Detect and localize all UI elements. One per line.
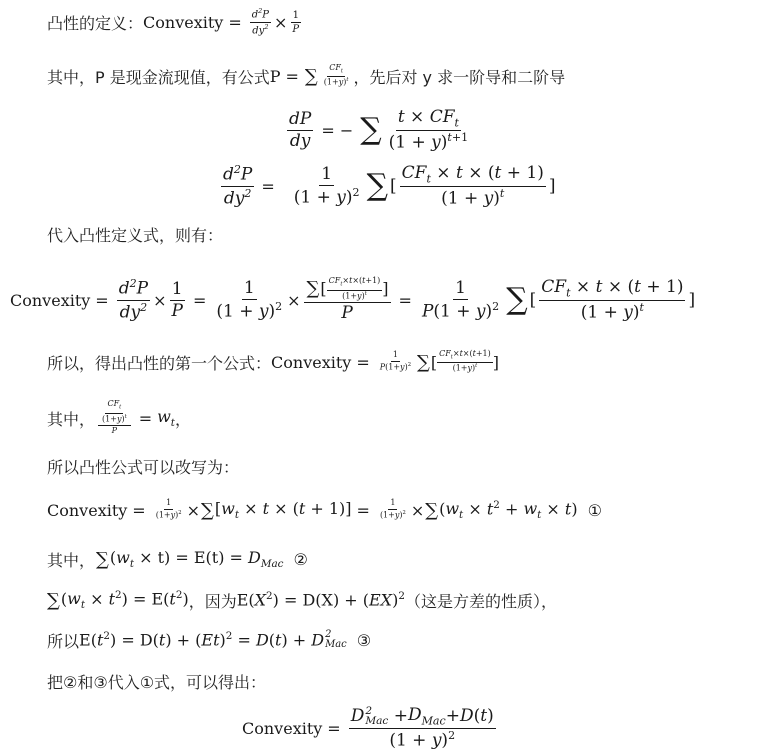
d2p-dy2-fraction: d2Pdy2	[221, 164, 254, 208]
variance-expression: E(X2) = D(X) + (EX)2	[237, 590, 405, 609]
second-moment-result: E(t2) = D(t) + (Et)2 = D(t) + D	[79, 630, 324, 649]
right-bracket: ]	[549, 176, 556, 196]
second-derivative-fraction: d2Pdy2	[250, 8, 271, 36]
macaulay-expression: (wt × t) = E(t) = DMac	[110, 548, 284, 570]
sum-symbol: ∑	[47, 590, 60, 611]
final-substitute-text: 把②和③代入①式，可以得出：	[47, 670, 266, 693]
first-convexity-formula-line: 所以，得出凸性的第一个公式： Convexity = 1P(1+y)2 ∑[CF…	[47, 344, 499, 380]
equals-sign: =	[228, 13, 241, 32]
convexity-word: Convexity	[10, 291, 90, 310]
one-over-1y2-fraction: 1(1 + y)2	[214, 279, 284, 321]
times-sign: ×	[411, 501, 424, 520]
first-formula-label: 所以，得出凸性的第一个公式：	[47, 351, 271, 374]
equals-sign: =	[139, 409, 152, 428]
convexity-word: Convexity	[47, 501, 127, 520]
second-derivative-line: d2Pdy2 = 1(1 + y)2 ∑ [ CFt × t × (t + 1)…	[218, 160, 555, 212]
right-bracket: ]	[688, 290, 695, 310]
sum-symbol: ∑	[506, 285, 527, 315]
present-value-line: 其中，P 是现金流现值，有公式 P = ∑ CFt(1+y)t ，先后对 y 求…	[47, 60, 565, 92]
one-over-p-fraction: 1P	[290, 10, 301, 35]
left-bracket: [	[390, 176, 397, 196]
weight-label: 其中，	[47, 407, 95, 430]
variance-property-line: ∑ (wt × t2) = E(t2) ，因为 E(X2) = D(X) + (…	[47, 585, 557, 615]
convexity-definition-line: 凸性的定义： Convexity = d2Pdy2 × 1P	[47, 6, 304, 38]
first-derivative-line: dPdy = − ∑ t × CFt (1 + y)t+1	[284, 105, 473, 155]
cashflow-fraction: CFt × t × (t + 1) (1 + y)t	[400, 164, 546, 209]
one-over-1y2-fraction: 1(1 + y)2	[292, 165, 362, 207]
equation-marker-2: ②	[294, 550, 308, 569]
therefore-text: 所以	[47, 629, 79, 652]
sum-symbol: ∑	[96, 549, 109, 570]
equals-sign: =	[327, 719, 340, 738]
cashflow-fraction: CFt×t×(t+1)(1+y)t	[437, 350, 493, 374]
times-sign: ×	[153, 291, 166, 310]
sum-symbol: ∑	[305, 66, 318, 87]
one-over-p1y2-fraction: 1P(1 + y)2	[420, 279, 501, 321]
pv-description: 其中，P 是现金流现值，有公式	[47, 65, 270, 88]
equals-sign: =	[132, 501, 145, 520]
macaulay-duration-line: 其中， ∑ (wt × t) = E(t) = DMac ②	[47, 544, 308, 574]
convexity-word: Convexity	[271, 353, 351, 372]
weighted-convexity-line: Convexity = 1(1+y)2 × ∑ [wt × t × (t + 1…	[47, 492, 602, 528]
convexity-word: Convexity	[143, 13, 223, 32]
times-sign: ×	[187, 501, 200, 520]
variance-note: （这是方差的性质），	[405, 589, 557, 612]
d2p-dy2-fraction: d2Pdy2	[117, 278, 150, 322]
second-moment-expression: (wt × t2) = E(t2)	[61, 589, 189, 612]
weight-definition-line: 其中， CFt(1+y)t P = wt ，	[47, 394, 191, 442]
one-over-p-fraction: 1P	[169, 280, 184, 320]
one-over-1y2-fraction: 1(1+y)2	[154, 499, 184, 520]
sum-symbol: ∑	[201, 500, 214, 521]
second-moment-line: 所以 E(t2) = D(t) + (Et)2 = D(t) + D 2Mac …	[47, 625, 371, 655]
weight-symbol: wt	[157, 407, 175, 429]
pv-fraction: CFt(1+y)t	[322, 64, 351, 88]
final-convexity-formula-line: Convexity = D2Mac + DMac + D(t) (1 + y)2	[242, 702, 499, 754]
equals-sign: =	[261, 177, 274, 196]
comma: ，	[175, 407, 191, 430]
final-substitute-line: 把②和③代入①式，可以得出：	[47, 667, 266, 695]
weighted-term-2: (wt × t2 + wt × t)	[439, 499, 578, 522]
one-over-1y2-fraction: 1(1+y)2	[378, 499, 408, 520]
sum-symbol: ∑	[360, 115, 381, 145]
because-text: ，因为	[189, 589, 237, 612]
substitute-line: 代入凸性定义式，则有：	[47, 220, 223, 248]
derivative-instruction: ，先后对 y 求一阶导和二阶导	[353, 65, 565, 88]
equals-sign: =	[399, 291, 412, 310]
p-symbol: P	[270, 67, 281, 86]
convexity-word: Convexity	[242, 719, 322, 738]
sum-symbol: ∑	[367, 171, 388, 201]
sum-symbol: ∑	[425, 500, 438, 521]
sum-symbol: ∑	[417, 352, 430, 373]
equals-sign: =	[95, 291, 108, 310]
left-bracket: [	[530, 290, 537, 310]
one-over-p1y2-fraction: 1P(1+y)2	[378, 351, 413, 372]
cashflow-fraction: CFt × t × (t + 1) (1 + y)t	[539, 278, 685, 323]
rewrite-line: 所以凸性公式可以改写为：	[47, 452, 239, 480]
times-sign: ×	[274, 13, 287, 32]
equation-marker-1: ①	[588, 501, 602, 520]
nested-sum-over-p-fraction: ∑[CFt×t×(t+1)(1+y)t] P	[304, 277, 391, 322]
equals-sign: =	[357, 501, 370, 520]
times-sign: ×	[287, 291, 300, 310]
convexity-derivation-line: Convexity = d2Pdy2 × 1P = 1(1 + y)2 × ∑[…	[10, 272, 695, 328]
d-mac-squared-scripts: 2Mac	[325, 630, 347, 650]
definition-label: 凸性的定义：	[47, 11, 143, 34]
weight-fraction: CFt(1+y)t P	[98, 400, 131, 436]
equation-marker-3: ③	[357, 631, 371, 650]
first-derivative-fraction: t × CFt (1 + y)t+1	[387, 108, 471, 153]
substitute-text: 代入凸性定义式，则有：	[47, 223, 223, 246]
rewrite-text: 所以凸性公式可以改写为：	[47, 455, 239, 478]
macaulay-label: 其中，	[47, 548, 95, 571]
equals-sign: =	[356, 353, 369, 372]
dp-dy-fraction: dPdy	[287, 110, 313, 150]
equals-sign: = −	[321, 121, 353, 140]
equals-sign: =	[286, 67, 299, 86]
equals-sign: =	[193, 291, 206, 310]
final-convexity-fraction: D2Mac + DMac + D(t) (1 + y)2	[349, 706, 496, 751]
weighted-term-1: [wt × t × (t + 1)]	[215, 499, 352, 521]
